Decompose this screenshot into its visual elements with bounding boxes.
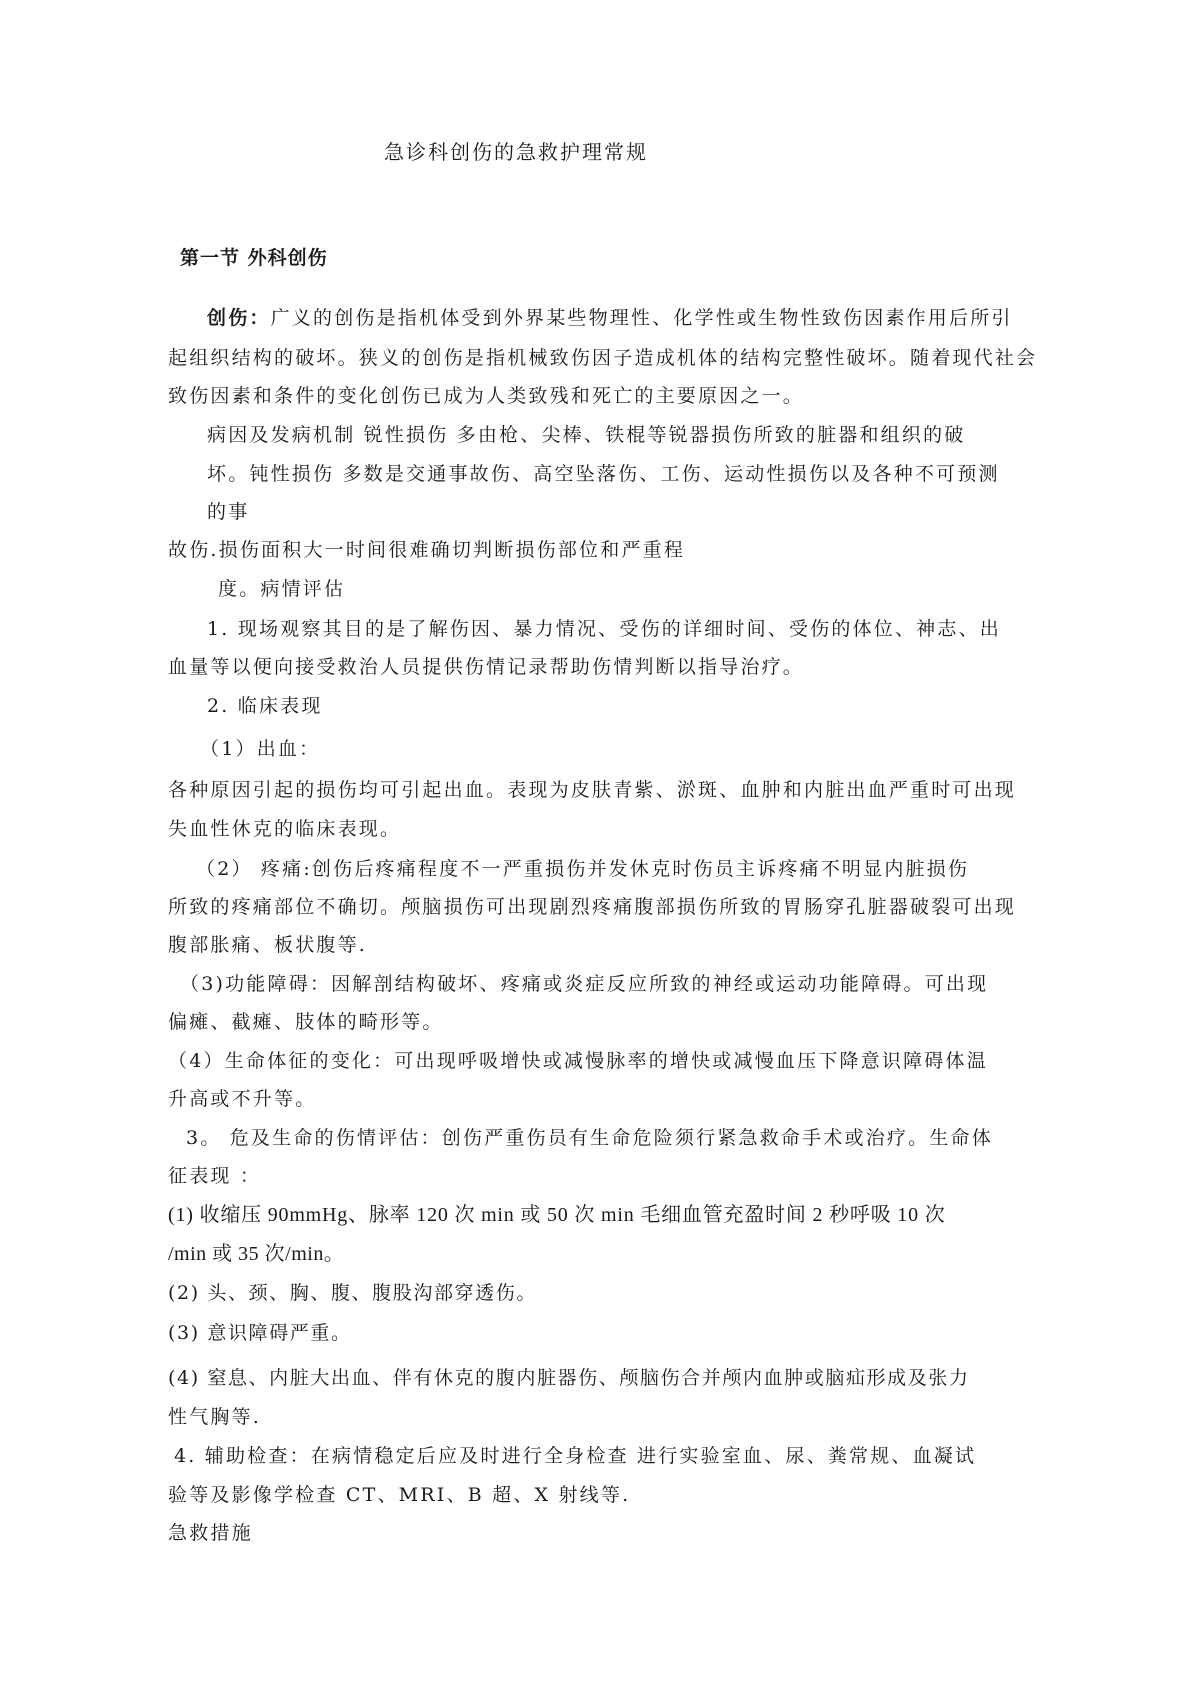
paragraph-line: (1) 收缩压 90mmHg、脉率 120 次 min 或 50 次 min 毛… xyxy=(168,1203,946,1227)
paragraph-line: （3)功能障碍：因解剖结构破坏、疼痛或炎症反应所致的神经或运动功能障碍。可出现 xyxy=(180,972,988,996)
section-heading: 第一节 外科创伤 xyxy=(180,246,328,270)
paragraph-line: 急救措施 xyxy=(168,1521,253,1545)
paragraph-line: 性气胸等. xyxy=(168,1405,261,1429)
paragraph-line: （4）生命体征的变化：可出现呼吸增快或减慢脉率的增快或减慢血压下降意识障碍体温 xyxy=(168,1049,988,1073)
paragraph-line: (3) 意识障碍严重。 xyxy=(168,1321,352,1345)
paragraph-line: 血量等以便向接受救治人员提供伤情记录帮助伤情判断以指导治疗。 xyxy=(168,655,804,679)
paragraph-line: (4) 窒息、内脏大出血、伴有休克的腹内脏器伤、颅脑伤合并颅内血肿或脑疝形成及张… xyxy=(168,1366,970,1390)
paragraph-line: 4. 辅助检查：在病情稳定后应及时进行全身检查 进行实验室血、尿、粪常规、血凝试 xyxy=(174,1444,976,1468)
term-label: 创伤： xyxy=(207,307,271,329)
paragraph-line: 故伤.损伤面积大一时间很难确切判断损伤部位和严重程 xyxy=(168,538,685,562)
paragraph-line: 1. 现场观察其目的是了解伤因、暴力情况、受伤的详细时间、受伤的体位、神志、出 xyxy=(207,617,1001,641)
paragraph-line: 病因及发病机制 锐性损伤 多由枪、尖棒、铁棍等锐器损伤所致的脏器和组织的破 xyxy=(207,423,965,447)
paragraph-line: 的事 xyxy=(207,500,249,524)
paragraph-line: 3。 危及生命的伤情评估：创伤严重伤员有生命危险须行紧急救命手术或治疗。生命体 xyxy=(186,1126,993,1150)
paragraph-line: 度。病情评估 xyxy=(218,577,345,601)
paragraph-line: 2. 临床表现 xyxy=(207,694,323,718)
document-title: 急诊科创伤的急救护理常规 xyxy=(384,140,648,164)
paragraph-line: 起组织结构的破坏。狭义的创伤是指机械致伤因子造成机体的结构完整性破坏。随着现代社… xyxy=(168,346,1037,370)
paragraph-line: 腹部胀痛、板状腹等. xyxy=(168,933,367,957)
paragraph-line: （1）出血： xyxy=(200,737,320,761)
paragraph-line: 验等及影像学检查 CT、MRI、B 超、X 射线等. xyxy=(168,1483,630,1507)
paragraph-line: 创伤：广义的创伤是指机体受到外界某些物理性、化学性或生物性致伤因素作用后所引 xyxy=(207,306,1013,330)
paragraph-line: 征表现 ： xyxy=(168,1164,261,1188)
paragraph-line: 所致的疼痛部位不确切。颅脑损伤可出现剧烈疼痛腹部损伤所致的胃肠穿孔脏器破裂可出现 xyxy=(168,895,1016,919)
paragraph-line: （2） 疼痛:创伤后疼痛程度不一严重损伤并发休克时伤员主诉疼痛不明显内脏损伤 xyxy=(196,857,969,881)
paragraph-line: 各种原因引起的损伤均可引起出血。表现为皮肤青紫、淤斑、血肿和内脏出血严重时可出现 xyxy=(168,778,1016,802)
paragraph-line: 失血性休克的临床表现。 xyxy=(168,817,401,841)
paragraph-line: 坏。钝性损伤 多数是交通事故伤、高空坠落伤、工伤、运动性损伤以及各种不可预测 xyxy=(207,462,1000,486)
document-page: 急诊科创伤的急救护理常规 第一节 外科创伤 创伤：广义的创伤是指机体受到外界某些… xyxy=(0,0,1190,1684)
paragraph-line: 偏瘫、截瘫、肢体的畸形等。 xyxy=(168,1010,444,1034)
paragraph-line: 致伤因素和条件的变化创伤已成为人类致残和死亡的主要原因之一。 xyxy=(168,384,804,408)
paragraph-line: (2) 头、颈、胸、腹、腹股沟部穿透伤。 xyxy=(168,1281,537,1305)
paragraph-line: /min 或 35 次/min。 xyxy=(168,1242,344,1266)
paragraph-line: 升高或不升等。 xyxy=(168,1087,316,1111)
